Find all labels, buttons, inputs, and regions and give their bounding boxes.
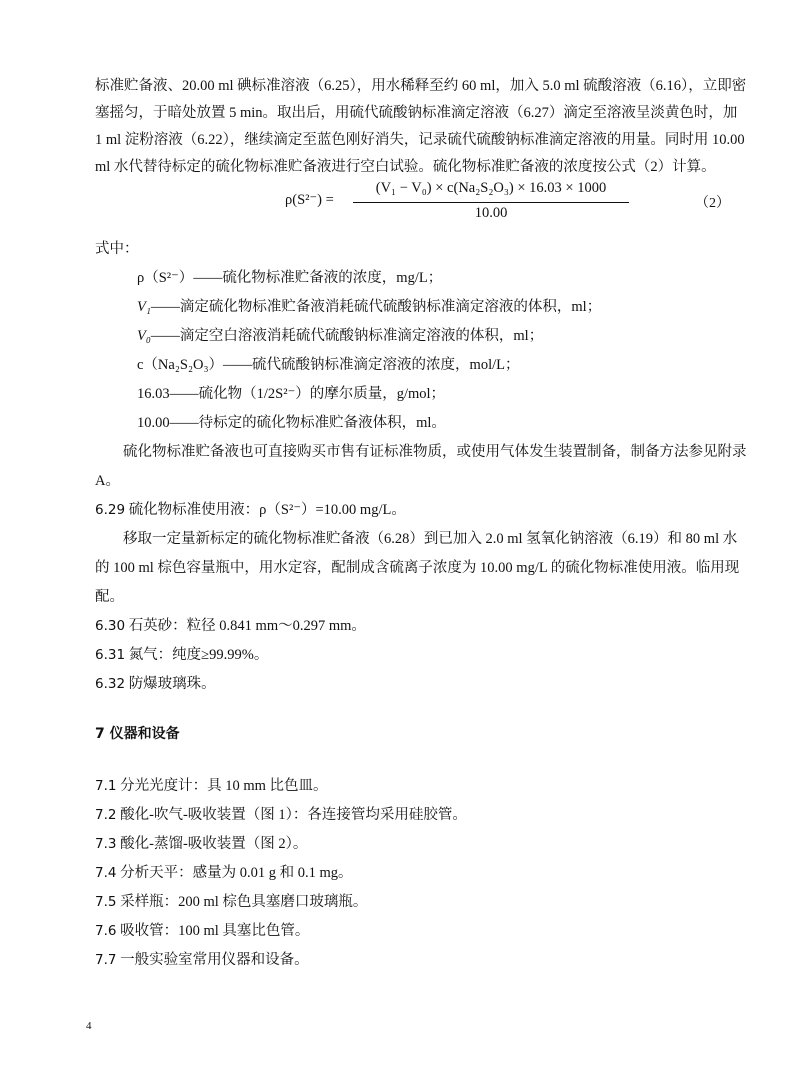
clause-number: 6.32 — [95, 676, 125, 692]
variable-desc: ——硫化物标准贮备液的浓度，mg/L； — [193, 270, 442, 286]
variable-desc: ——硫化物（1/2S²⁻）的摩尔质量，g/mol； — [170, 386, 445, 402]
formula-number: （2） — [695, 192, 730, 212]
variable-symbol: V₁ — [137, 299, 151, 315]
clause-text: 石英砂：粒径 0.841 mm～0.297 mm。 — [129, 618, 366, 634]
clause-6-31: 6.31 氮气：纯度≥99.99%。 — [95, 645, 268, 665]
clause-7-2: 7.2 酸化-吹气-吸收装置（图 1）：各连接管均采用硅胶管。 — [95, 805, 467, 825]
variable-symbol: 10.00 — [137, 415, 170, 431]
variable-symbol: V₀ — [137, 328, 151, 344]
clause-text: 吸收管：100 ml 具塞比色管。 — [120, 923, 309, 939]
clause-text: 分光光度计：具 10 mm 比色皿。 — [120, 778, 327, 794]
clause-text: 酸化-蒸馏-吸收装置（图 2）。 — [120, 836, 307, 852]
clause-text: 酸化-吹气-吸收装置（图 1）：各连接管均采用硅胶管。 — [120, 807, 467, 823]
section-7-heading: 7 仪器和设备 — [95, 724, 180, 744]
clause-7-1: 7.1 分光光度计：具 10 mm 比色皿。 — [95, 776, 328, 796]
variable-symbol: c（Na₂S₂O₃） — [137, 357, 223, 373]
variable-def: ρ（S²⁻）——硫化物标准贮备液的浓度，mg/L； — [137, 268, 442, 288]
paragraph-line: 标准贮备液、20.00 ml 碘标准溶液（6.25），用水稀释至约 60 ml，… — [95, 76, 725, 96]
fraction-bar — [353, 202, 629, 203]
variable-desc: ——滴定空白溶液消耗硫代硫酸钠标准滴定溶液的体积，ml； — [151, 328, 543, 344]
clause-7-7: 7.7 一般实验室常用仪器和设备。 — [95, 950, 309, 970]
clause-7-4: 7.4 分析天平：感量为 0.01 g 和 0.1 mg。 — [95, 863, 353, 883]
clause-7-5: 7.5 采样瓶：200 ml 棕色具塞磨口玻璃瓶。 — [95, 892, 367, 912]
clause-number: 7.4 — [95, 865, 116, 881]
variable-def: c（Na₂S₂O₃）——硫代硫酸钠标准滴定溶液的浓度，mol/L； — [137, 355, 520, 375]
clause-number: 6.30 — [95, 618, 125, 634]
clause-text: 分析天平：感量为 0.01 g 和 0.1 mg。 — [120, 865, 352, 881]
paragraph-line: 移取一定量新标定的硫化物标准贮备液（6.28）到已加入 2.0 ml 氢氧化钠溶… — [123, 529, 725, 549]
clause-number: 7.3 — [95, 836, 116, 852]
note-paragraph-line: 硫化物标准贮备液也可直接购买市售有证标准物质，或使用气体发生装置制备，制备方法参… — [123, 442, 725, 462]
variable-desc: ——滴定硫化物标准贮备液消耗硫代硫酸钠标准滴定溶液的体积，ml； — [151, 299, 601, 315]
where-label: 式中： — [95, 239, 139, 259]
note-paragraph-line: A。 — [95, 471, 120, 491]
clause-text: 防爆玻璃珠。 — [129, 676, 216, 692]
clause-6-32: 6.32 防爆玻璃珠。 — [95, 674, 216, 694]
paragraph-line: 1 ml 淀粉溶液（6.22），继续滴定至蓝色刚好消失，记录硫代硫酸钠标准滴定溶… — [95, 130, 725, 150]
variable-desc: ——硫代硫酸钠标准滴定溶液的浓度，mol/L； — [223, 357, 519, 373]
clause-6-29: 6.29 硫化物标准使用液：ρ（S²⁻）=10.00 mg/L。 — [95, 500, 406, 520]
clause-number: 7.7 — [95, 952, 116, 968]
clause-number: 7.5 — [95, 894, 116, 910]
clause-6-30: 6.30 石英砂：粒径 0.841 mm～0.297 mm。 — [95, 616, 366, 636]
clause-7-3: 7.3 酸化-蒸馏-吸收装置（图 2）。 — [95, 834, 307, 854]
formula-denominator: 10.00 — [353, 205, 629, 222]
variable-symbol: 16.03 — [137, 386, 170, 402]
formula-2: ρ(S²⁻) = (V₁ − V₀) × c(Na₂S₂O₃) × 16.03 … — [285, 180, 705, 230]
paragraph-line: ml 水代替待标定的硫化物标准贮备液进行空白试验。硫化物标准贮备液的浓度按公式（… — [95, 157, 716, 177]
clause-text: 硫化物标准使用液：ρ（S²⁻）=10.00 mg/L。 — [129, 502, 406, 518]
clause-text: 氮气：纯度≥99.99%。 — [129, 647, 269, 663]
clause-number: 7.1 — [95, 778, 116, 794]
clause-number: 7.6 — [95, 923, 116, 939]
variable-def: 16.03——硫化物（1/2S²⁻）的摩尔质量，g/mol； — [137, 384, 445, 404]
variable-def: V₁——滴定硫化物标准贮备液消耗硫代硫酸钠标准滴定溶液的体积，ml； — [137, 297, 601, 317]
clause-7-6: 7.6 吸收管：100 ml 具塞比色管。 — [95, 921, 309, 941]
paragraph-line: 塞摇匀，于暗处放置 5 min。取出后，用硫代硫酸钠标准滴定溶液（6.27）滴定… — [95, 103, 725, 123]
clause-text: 一般实验室常用仪器和设备。 — [120, 952, 309, 968]
clause-number: 6.31 — [95, 647, 125, 663]
formula-fraction: (V₁ − V₀) × c(Na₂S₂O₃) × 16.03 × 1000 10… — [353, 180, 629, 222]
clause-number: 7.2 — [95, 807, 116, 823]
variable-symbol: ρ（S²⁻） — [137, 270, 193, 286]
formula-numerator: (V₁ − V₀) × c(Na₂S₂O₃) × 16.03 × 1000 — [353, 180, 629, 200]
paragraph-line: 的 100 ml 棕色容量瓶中，用水定容，配制成含硫离子浓度为 10.00 mg… — [95, 558, 725, 578]
variable-def: V₀——滴定空白溶液消耗硫代硫酸钠标准滴定溶液的体积，ml； — [137, 326, 543, 346]
clause-text: 采样瓶：200 ml 棕色具塞磨口玻璃瓶。 — [120, 894, 367, 910]
paragraph-line: 配。 — [95, 587, 124, 607]
clause-number: 6.29 — [95, 502, 125, 518]
variable-def: 10.00——待标定的硫化物标准贮备液体积，ml。 — [137, 413, 446, 433]
page-number: 4 — [86, 1020, 92, 1032]
variable-desc: ——待标定的硫化物标准贮备液体积，ml。 — [170, 415, 446, 431]
formula-lhs: ρ(S²⁻) = — [285, 192, 334, 209]
